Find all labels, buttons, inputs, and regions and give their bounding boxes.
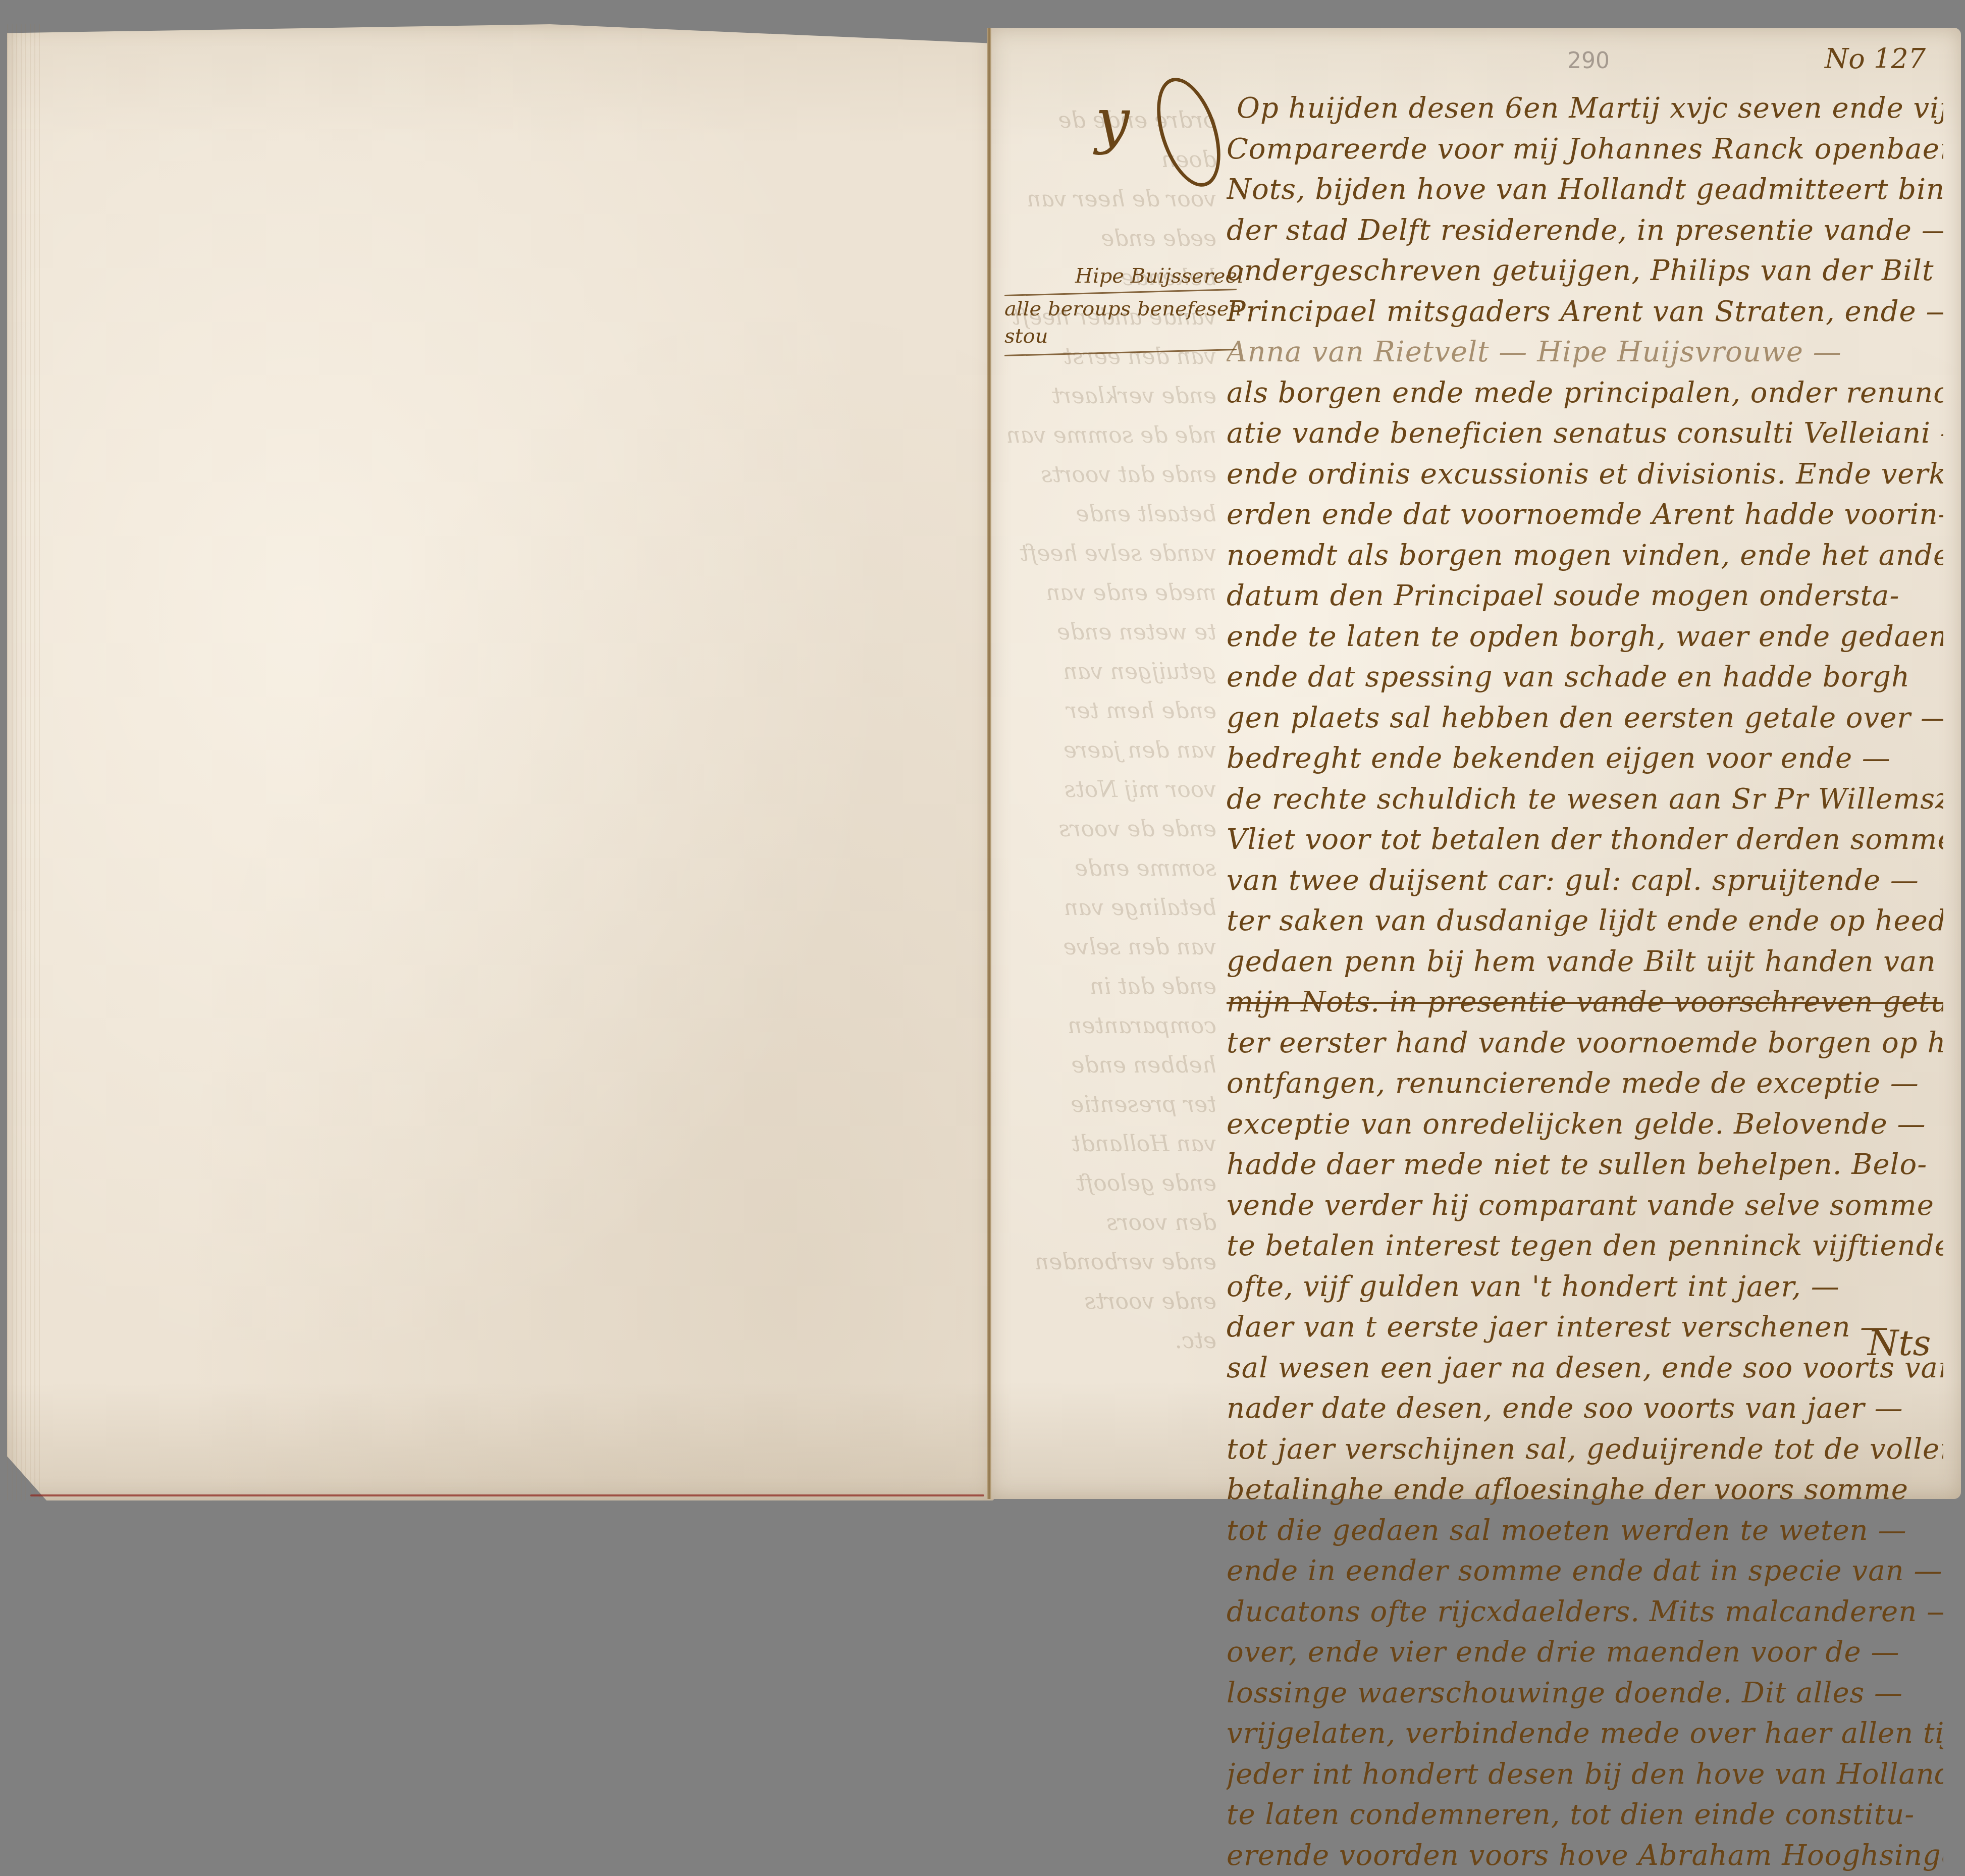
text-line: noemdt als borgen mogen vinden, ende het…: [1227, 535, 1943, 576]
margin-note: Hipe Buijssereel alle beroups benefesen …: [1004, 262, 1237, 355]
text-line: ter saken van dusdanige lijdt ende ende …: [1227, 901, 1943, 942]
marginal-mark: y: [1095, 91, 1130, 151]
margin-note-rule: [1004, 349, 1237, 356]
text-line: hadde daer mede niet te sullen behelpen.…: [1227, 1145, 1943, 1186]
text-line: sal wesen een jaer na desen, ende soo vo…: [1227, 1348, 1943, 1389]
text-line: daer van t eerste jaer interest verschen…: [1227, 1307, 1943, 1348]
text-line: Vliet voor tot betalen der thonder derde…: [1227, 820, 1943, 861]
pencil-folio-number: 290: [1567, 48, 1610, 74]
text-line: nader date desen, ende soo voorts van ja…: [1227, 1388, 1943, 1429]
text-line: ontfangen, renuncierende mede de excepti…: [1227, 1063, 1943, 1104]
left-page-red-edge: [30, 1494, 984, 1496]
text-line: ofte, vijf gulden van 't hondert int jae…: [1227, 1267, 1943, 1308]
text-line: ende dat spessing van schade en hadde bo…: [1227, 657, 1943, 698]
text-line: gen plaets sal hebben den eersten getale…: [1227, 698, 1943, 739]
text-line: Op huijden desen 6en Martij xvjc seven e…: [1227, 88, 1943, 129]
margin-note-line: alle beroups benefesen: [1004, 295, 1237, 323]
text-line: Principael mitsgaders Arent van Straten,…: [1227, 292, 1943, 333]
notary-closing-mark: Nts: [1868, 1322, 1931, 1364]
text-line: ende te laten te opden borgh, waer ende …: [1227, 617, 1943, 658]
text-line: Nots, bijden hove van Hollandt geadmitte…: [1227, 170, 1943, 210]
margin-note-line: Hipe Buijssereel: [1004, 262, 1237, 290]
book-gutter: [987, 28, 991, 1499]
text-line: exceptie van onredelijcken gelde. Belove…: [1227, 1104, 1943, 1145]
text-line: erden ende dat voornoemde Arent hadde vo…: [1227, 495, 1943, 535]
text-line: als borgen ende mede principalen, onder …: [1227, 373, 1943, 414]
manuscript-spread: ordre ende de doenvoor de heer vaneede e…: [0, 0, 1965, 1518]
text-line: bedreght ende bekenden eijgen voor ende …: [1227, 738, 1943, 779]
text-line: betalinghe ende afloesinghe der voors so…: [1227, 1470, 1943, 1511]
folio-number: No 127: [1825, 43, 1926, 75]
text-line: gedaen penn bij hem vande Bilt uijt hand…: [1227, 942, 1943, 983]
text-line: Anna van Rietvelt — Hipe Huijsvrouwe —: [1227, 332, 1943, 373]
text-line-struck: mijn Nots. in presentie vande voorschrev…: [1227, 982, 1943, 1023]
text-line: te betalen interest tegen den penninck v…: [1227, 1226, 1943, 1267]
text-line: van twee duijsent car: gul: capl. spruij…: [1227, 861, 1943, 901]
text-line: vende verder hij comparant vande selve s…: [1227, 1186, 1943, 1226]
left-page-blank: [7, 24, 994, 1500]
deed-text: Op huijden desen 6en Martij xvjc seven e…: [1227, 88, 1943, 1518]
text-line: Compareerde voor mij Johannes Ranck open…: [1227, 129, 1943, 170]
margin-note-line: stou: [1004, 323, 1237, 350]
left-page-deckle-edge: [7, 24, 42, 1500]
text-line: de rechte schuldich te wesen aan Sr Pr W…: [1227, 779, 1943, 820]
text-line: tot die gedaen sal moeten werden te wete…: [1227, 1511, 1943, 1518]
text-line: ende ordinis excussionis et divisionis. …: [1227, 454, 1943, 495]
text-line: tot jaer verschijnen sal, geduijrende to…: [1227, 1429, 1943, 1470]
text-line: ondergeschreven getuijgen, Philips van d…: [1227, 251, 1943, 292]
text-line: datum den Principael soude mogen onderst…: [1227, 576, 1943, 617]
text-line: ter eerster hand vande voornoemde borgen…: [1227, 1023, 1943, 1064]
text-line: atie vande beneficien senatus consulti V…: [1227, 413, 1943, 454]
text-line: der stad Delft residerende, in presentie…: [1227, 210, 1943, 251]
